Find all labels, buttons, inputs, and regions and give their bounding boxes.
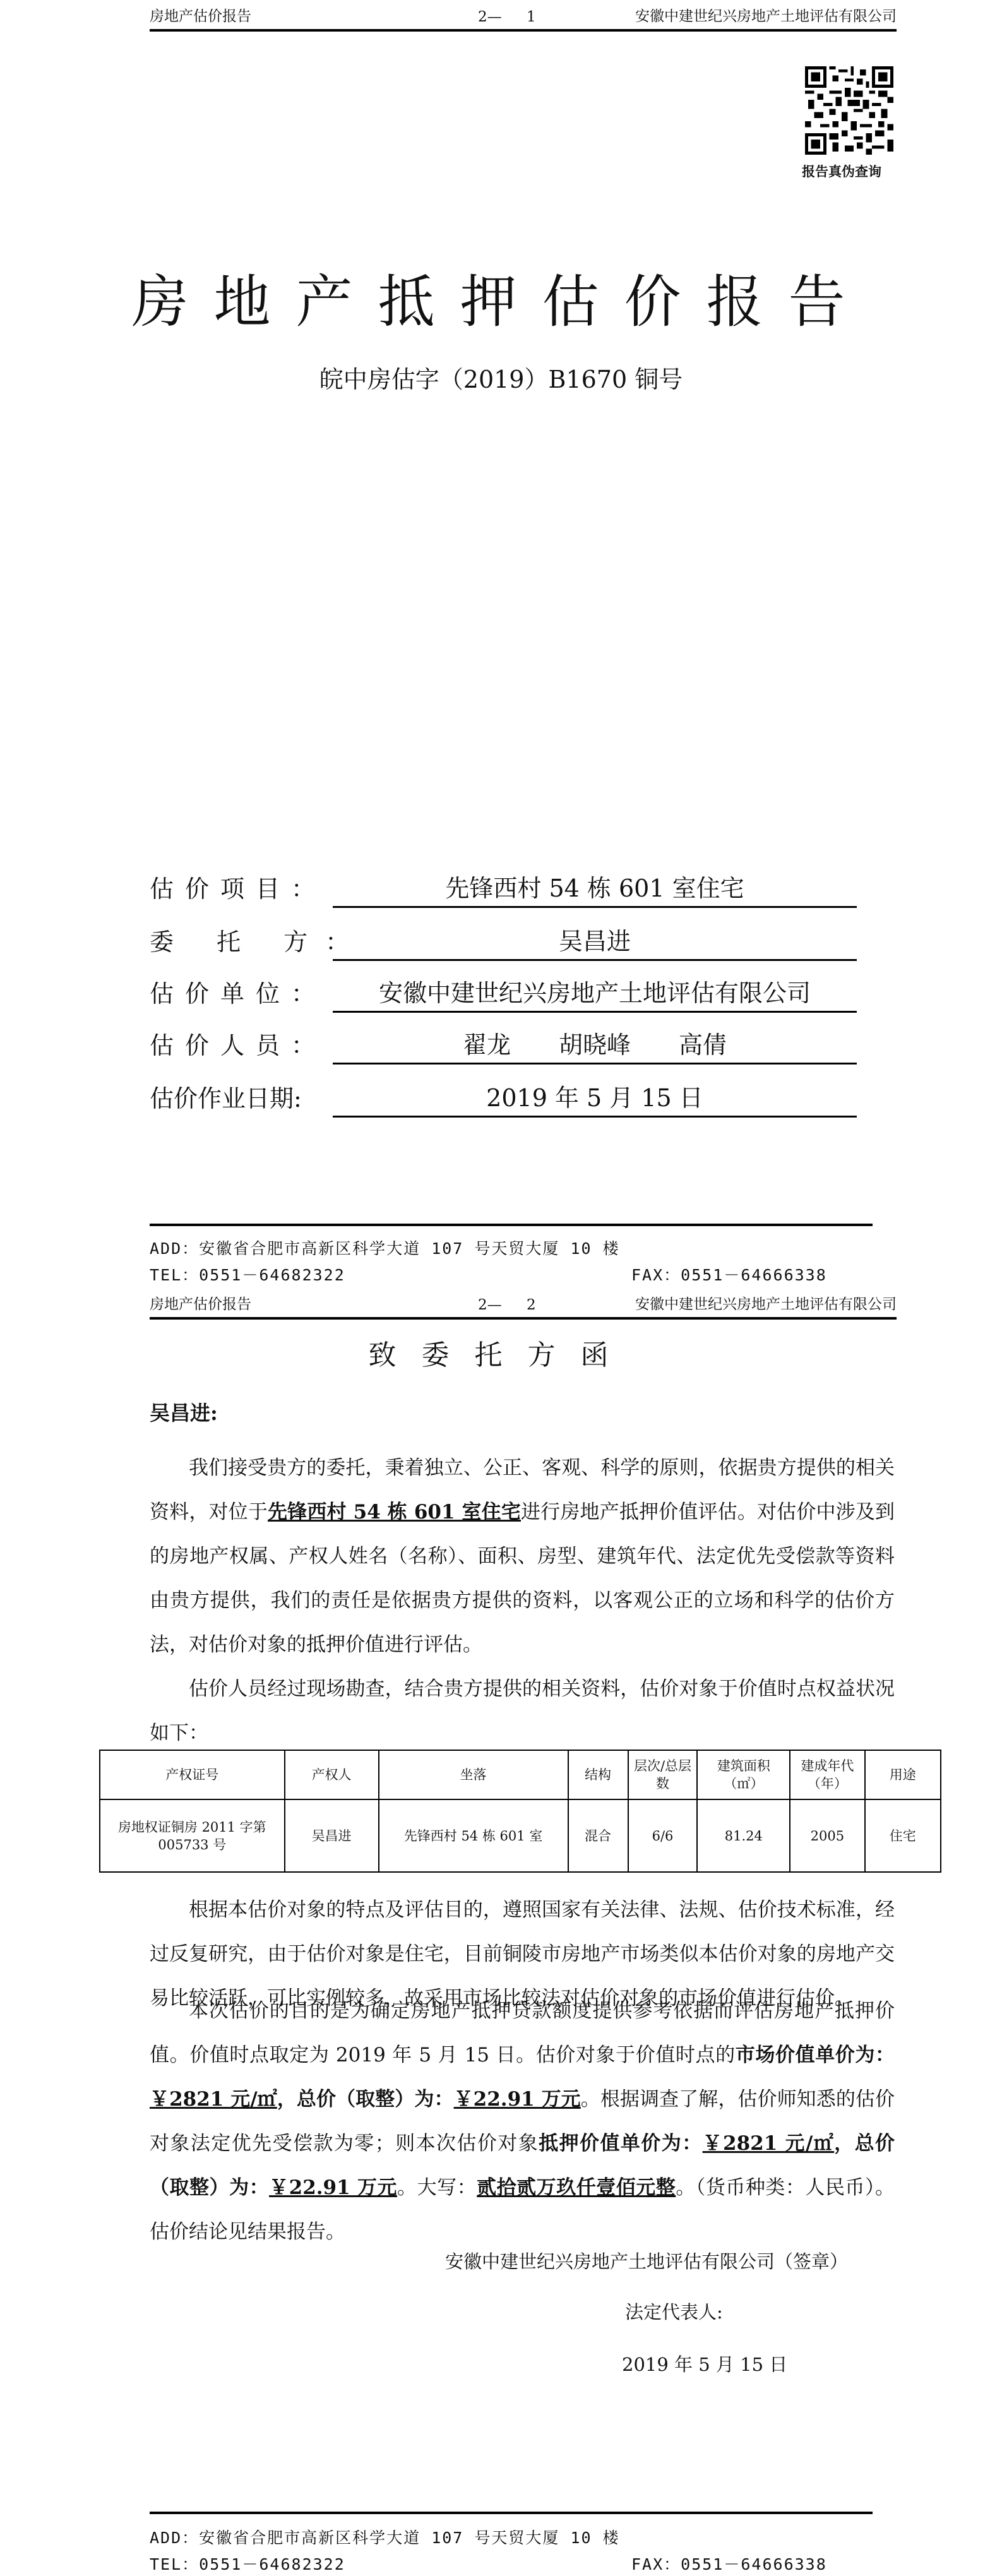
letter-paragraph-4: 本次估价的目的是为确定房地产抵押贷款额度提供参考依据而评估房地产抵押价值。价值时… <box>150 1989 895 2254</box>
cover-label: 估价单位： <box>150 974 326 1009</box>
report-title: 房地产抵押估价报告 <box>0 256 1002 338</box>
cover-value: 安徽中建世纪兴房地产土地评估有限公司 <box>333 975 857 1013</box>
header-page-prefix: 2— <box>478 9 502 25</box>
header-page-prefix: 2— <box>478 1297 502 1313</box>
cover-field-project: 估价项目： 先锋西村 54 栋 601 室住宅 <box>150 870 857 908</box>
footer-address: ADD：安徽省合肥市高新区科学大道 107 号天贸大厦 10 楼 <box>150 1236 620 1259</box>
letter-paragraph-2: 估价人员经过现场勘查，结合贵方提供的相关资料，估价对象于价值时点权益状况如下： <box>150 1667 895 1755</box>
page-header: 房地产估价报告 2— 1 安徽中建世纪兴房地产土地评估有限公司 <box>150 0 897 32</box>
signature-legal-rep: 法定代表人: <box>625 2298 723 2324</box>
cover-label: 估价作业日期: <box>150 1079 302 1114</box>
page-header: 房地产估价报告 2— 2 安徽中建世纪兴房地产土地评估有限公司 <box>150 1288 897 1320</box>
cover-value: 先锋西村 54 栋 601 室住宅 <box>333 871 857 908</box>
mortgage-unit-price: ￥2821 元/㎡ <box>703 2132 835 2155</box>
letter-salutation: 吴昌进: <box>150 1397 218 1426</box>
header-report-type: 房地产估价报告 <box>150 1292 251 1313</box>
report-doc-number: 皖中房估字（2019）B1670 铜号 <box>0 360 1002 395</box>
cover-value: 吴昌进 <box>333 924 857 961</box>
letter-title: 致委托方函 <box>0 1332 1002 1373</box>
footer-divider <box>150 2512 873 2514</box>
footer-tel: TEL：0551－64682322 <box>150 1263 345 1285</box>
header-page-number: 2 <box>527 1297 536 1313</box>
letter-paragraph-1: 我们接受贵方的委托，秉着独立、公正、客观、科学的原则，依据贵方提供的相关资料，对… <box>150 1446 895 1667</box>
market-unit-price: ￥2821 元/㎡ <box>150 2088 277 2111</box>
cover-field-date: 估价作业日期: 2019 年 5 月 15 日 <box>150 1080 857 1118</box>
footer-fax: FAX：0551－64666338 <box>631 2552 827 2575</box>
footer-tel: TEL：0551－64682322 <box>150 2552 345 2575</box>
cover-field-client: 委 托 方： 吴昌进 <box>150 923 857 961</box>
header-report-type: 房地产估价报告 <box>150 4 251 25</box>
footer-address: ADD：安徽省合肥市高新区科学大道 107 号天贸大厦 10 楼 <box>150 2525 620 2548</box>
cover-field-appraisers: 估价人员： 翟龙 胡晓峰 高倩 <box>150 1027 857 1064</box>
market-total-price: ￥22.91 万元 <box>454 2088 581 2111</box>
cover-value: 翟龙 胡晓峰 高倩 <box>333 1027 857 1064</box>
cover-value: 2019 年 5 月 15 日 <box>333 1080 857 1118</box>
capital-amount: 贰拾贰万玖仟壹佰元整 <box>477 2176 676 2199</box>
cover-label: 估价人员： <box>150 1026 326 1061</box>
signature-date: 2019 年 5 月 15 日 <box>622 2351 787 2376</box>
signature-company: 安徽中建世纪兴房地产土地评估有限公司（签章） <box>445 2248 848 2274</box>
header-company: 安徽中建世纪兴房地产土地评估有限公司 <box>635 1292 897 1313</box>
qr-code-icon[interactable] <box>805 66 893 155</box>
header-page-number: 1 <box>527 9 536 25</box>
cover-field-appraiser-company: 估价单位： 安徽中建世纪兴房地产土地评估有限公司 <box>150 975 857 1013</box>
property-address: 先锋西村 54 栋 601 室住宅 <box>268 1501 521 1524</box>
table-row: 房地权证铜房 2011 字第 005733 号 吴昌进 先锋西村 54 栋 60… <box>100 1799 941 1872</box>
footer-divider <box>150 1224 873 1226</box>
property-rights-table: 产权证号 产权人 坐落 结构 层次/总层数 建筑面积（㎡） 建成年代（年） 用途… <box>99 1750 941 1873</box>
mortgage-total-price: ￥22.91 万元 <box>269 2176 397 2199</box>
header-company: 安徽中建世纪兴房地产土地评估有限公司 <box>635 4 897 25</box>
table-header-row: 产权证号 产权人 坐落 结构 层次/总层数 建筑面积（㎡） 建成年代（年） 用途 <box>100 1750 941 1799</box>
cover-label: 估价项目： <box>150 869 326 904</box>
qr-caption: 报告真伪查询 <box>802 162 881 181</box>
footer-fax: FAX：0551－64666338 <box>631 1263 827 1285</box>
